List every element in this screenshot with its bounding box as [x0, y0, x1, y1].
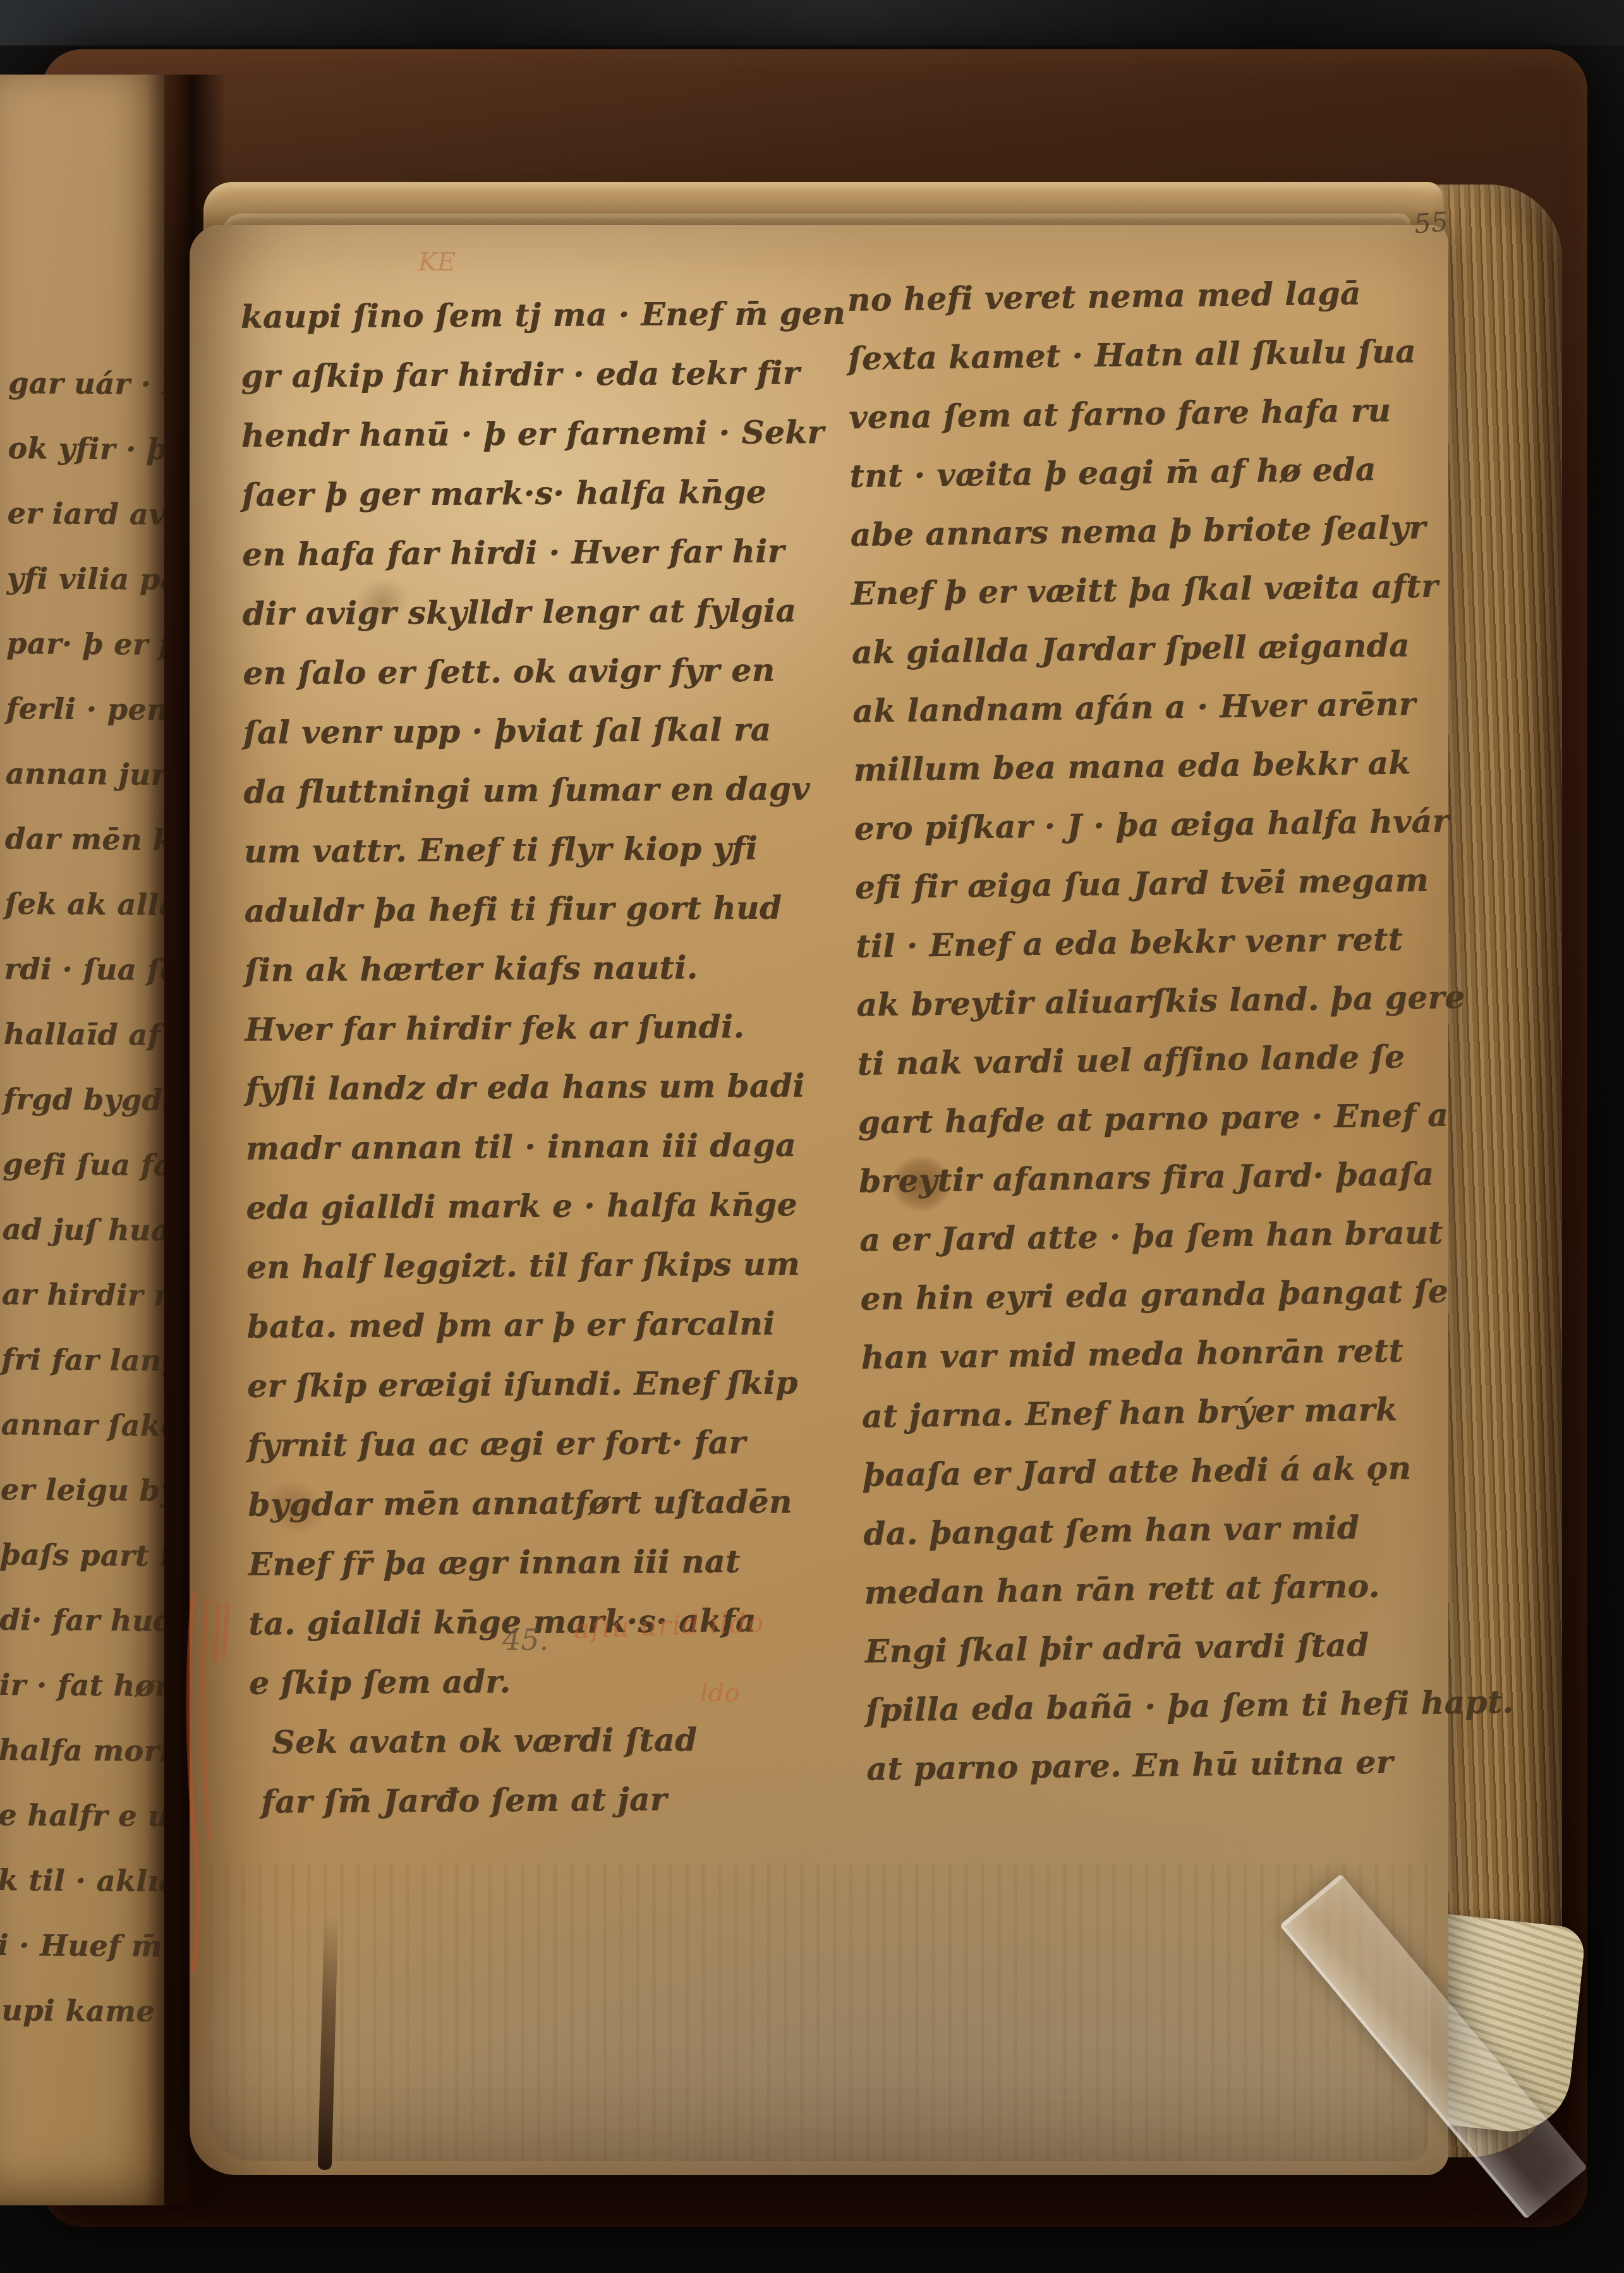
manuscript-line: ſaer þ ger mark·s· halfa kn̄ge — [241, 462, 798, 524]
manuscript-line: yfi vilia para — [6, 546, 164, 612]
manuscript-line: upi kame — [0, 1978, 155, 2044]
manuscript-line: han var mid meda honrān rett — [861, 1321, 1417, 1387]
manuscript-line: da. þangat ſem han var mid — [863, 1497, 1420, 1563]
manuscript-line: Hver far hirdir fek ar ſundi. — [245, 997, 801, 1059]
faint-margin-inscription: KE — [418, 248, 456, 277]
parchment-striations — [209, 1864, 1428, 2161]
manuscript-line: k til · aklıafe — [0, 1848, 156, 1914]
manuscript-line: annan jur het — [5, 741, 164, 808]
manuscript-line: gefi ſua far hir — [3, 1132, 161, 1198]
manuscript-line: ad juſ huaca — [2, 1197, 161, 1263]
manuscript-line: vena ſem at farno fare hafa ru — [849, 380, 1405, 447]
manuscript-line: ero piſkar · J · þa æiga halfa hvár — [854, 792, 1410, 858]
manuscript-line: gar uár · Huefþár — [8, 351, 164, 417]
manuscript-line: gr aſkip far hirdir · eda tekr fir — [241, 343, 797, 406]
manuscript-line: da fluttningi um ſumar en dagv — [243, 759, 800, 821]
facing-page-text: gar uár · Huefþárok yfir · þa ſkal taer … — [0, 351, 164, 2044]
manuscript-line: ſek ak alla pa — [4, 871, 163, 938]
manuscript-line: ſpilla eda bañā · þa ſem ti hefi hapt. — [865, 1673, 1422, 1740]
red-margin-marks — [174, 1580, 238, 1984]
manuscript-line: at jarna. Enef han brýer mark — [861, 1379, 1418, 1446]
manuscript-line: fyſli landz dr eda hans um badi — [245, 1056, 802, 1118]
manuscript-line: hendr hanū · þ er farnemi · Sekr — [241, 403, 798, 465]
manuscript-line: fyrnit ſua ac ægi er fort· far — [247, 1412, 804, 1475]
manuscript-line: abe annars nema þ briote ſealyr — [850, 498, 1407, 564]
manuscript-line: par· þ er ſkyilda — [6, 611, 164, 677]
manuscript-line: en hafa far hirdi · Hver far hir — [242, 521, 799, 584]
manuscript-photo: gar uár · Huefþárok yfir · þa ſkal taer … — [0, 0, 1624, 2273]
manuscript-line: bata. med þm ar þ er farcalni — [246, 1294, 803, 1356]
manuscript-line: ferli · pening ·s — [6, 676, 164, 743]
manuscript-line: ok yfir · þa ſkal ta — [8, 416, 164, 482]
manuscript-line: um vattr. Enef ti flyr kiop yfi — [244, 818, 801, 881]
text-column-left: kaupi ſino ſem tj ma · Enef m̄ gengr aſk… — [241, 284, 806, 1831]
facing-page-fragment: gar uár · Huefþárok yfir · þa ſkal taer … — [0, 75, 164, 2205]
manuscript-line: er iard avet· eraller — [7, 481, 164, 547]
text-column-right: no hefi veret nema med lagāſexta kamet ·… — [847, 263, 1423, 1798]
manuscript-line: ak breytir aliuarſkis land. þa gere — [856, 968, 1413, 1034]
manuscript-line: en ſalo er ſett. ok avigr fyr en — [243, 640, 799, 703]
manuscript-line: Enef fr̄ þa ægr innan iii nat — [248, 1531, 805, 1594]
manuscript-line: medan han rān rett at farno. — [864, 1556, 1421, 1622]
manuscript-line: dar mēn kam — [5, 806, 164, 873]
manuscript-line: e halfr e ul — [0, 1783, 157, 1849]
manuscript-line: madr annan til · innan iii daga — [246, 1115, 803, 1178]
manuscript-line: i · Huef m̄ — [0, 1913, 155, 1979]
manuscript-line: Engi ſkal þir adrā vardi ſtad — [864, 1615, 1421, 1681]
manuscript-line: ak giallda Jardar ſpell æiganda — [852, 615, 1409, 682]
manuscript-line: dir avigr skylldr lengr at fylgia — [242, 581, 799, 643]
red-rubric-fragment: ldo — [700, 1678, 739, 1707]
manuscript-line: en half leggizt. til far ſkips um — [246, 1234, 803, 1297]
manuscript-line: frgd bygdar m̄u· — [3, 1067, 162, 1133]
manuscript-line: tnt · væita þ eagi m̄ af hø eda — [849, 439, 1406, 506]
manuscript-line: ſexta kamet · Hatn all ſkulu ſua — [847, 322, 1404, 388]
background-top-streak — [0, 0, 1624, 45]
manuscript-line: annar ſakefti — [1, 1392, 159, 1458]
manuscript-line: ar hirdir néfdir — [2, 1262, 161, 1328]
manuscript-line: di· far hudir — [0, 1587, 158, 1654]
manuscript-line: ti nak vardi uel afſino lande ſe — [857, 1027, 1414, 1093]
manuscript-line: bygdar mēn annatført uſtadēn — [248, 1472, 804, 1534]
folio-number: 55 — [1413, 206, 1450, 239]
manuscript-line: eda gialldi mark e · halfa kn̄ge — [246, 1175, 803, 1237]
manuscript-line: er leigu bydr — [0, 1457, 159, 1524]
manuscript-line: hallaīd af · Enol — [3, 1002, 162, 1068]
manuscript-line: gart hafde at parno pare · Enef a — [857, 1086, 1414, 1152]
manuscript-line: at parno pare. En hū uitna er — [866, 1732, 1423, 1798]
manuscript-line: ak landnam afán a · Hver arēnr — [852, 674, 1409, 741]
manuscript-line: en hin eyri eda granda þangat ſe — [860, 1262, 1417, 1328]
manuscript-line: ſal venr upp · þviat ſal ſkal ra — [243, 700, 800, 762]
manuscript-line: Sek avatn ok værdi ſtad — [249, 1709, 806, 1772]
manuscript-line: ſin ak hærter kiafs nauti. — [245, 937, 801, 1000]
manuscript-line: þaſs part m̄ — [0, 1522, 158, 1589]
manuscript-line: a er Jard atte · þa ſem han braut — [859, 1203, 1416, 1270]
manuscript-line: efi fir æiga ſua Jard tvēi megam — [854, 851, 1411, 917]
manuscript-line: halfa mork — [0, 1718, 157, 1784]
manuscript-line: Enef þ er væitt þa ſkal væita aftr — [851, 557, 1407, 623]
manuscript-line: breytir afannars fira Jard· þaaſa — [858, 1144, 1415, 1211]
manuscript-line: far ſm̄ Jarđo ſem at jar — [250, 1769, 806, 1831]
manuscript-line: aduldr þa hefi ti fiur gort hud — [244, 878, 801, 940]
manuscript-line: til · Enef a eda bekkr venr rett — [856, 909, 1412, 976]
chapter-number: 45. — [502, 1623, 548, 1657]
manuscript-line: no hefi veret nema med lagā — [847, 263, 1403, 329]
manuscript-line: fri far langu — [1, 1327, 160, 1393]
manuscript-line: rdi · ſua ſem fir — [4, 936, 162, 1003]
manuscript-line: kaupi ſino ſem tj ma · Enef m̄ gen — [241, 284, 797, 346]
manuscript-line: millum bea mana eda bekkr ak — [853, 733, 1410, 799]
manuscript-line: ir · fat hørt — [0, 1652, 157, 1719]
manuscript-line: er ſkip eræigi iſundi. Enef ſkip — [247, 1353, 804, 1415]
manuscript-line: þaaſa er Jard atte hedi á ak ǫn — [863, 1438, 1419, 1505]
